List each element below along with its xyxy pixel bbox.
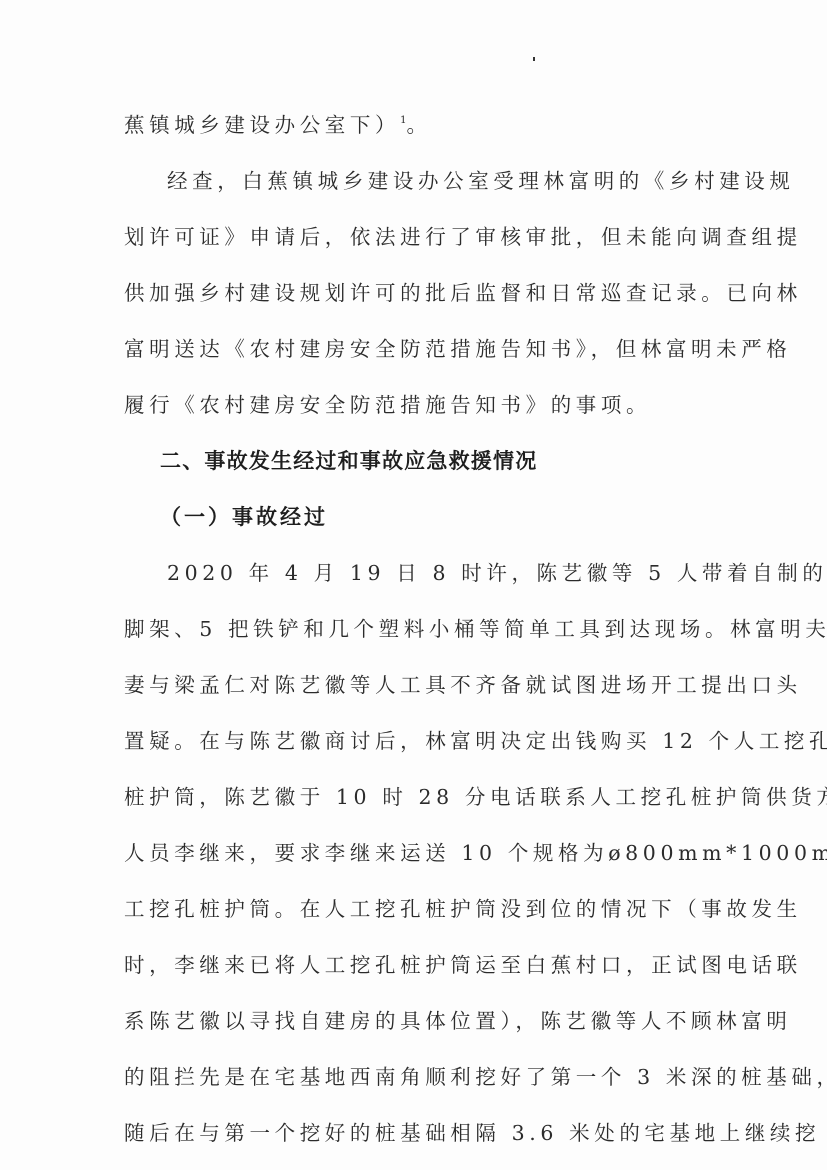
body-text: 。 [406,113,431,137]
body-line: 工挖孔桩护筒。在人工挖孔桩护筒没到位的情况下（事故发生 [124,895,704,923]
body-line: 的阻拦先是在宅基地西南角顺利挖好了第一个 3 米深的桩基础， [124,1063,704,1091]
body-line: 置疑。在与陈艺徽商讨后，林富明决定出钱购买 12 个人工挖孔 [124,727,704,755]
body-line: 供加强乡村建设规划许可的批后监督和日常巡查记录。已向林 [124,279,704,307]
body-line: 脚架、5 把铁铲和几个塑料小桶等简单工具到达现场。林富明夫 [124,615,704,643]
body-line: 系陈艺徽以寻找自建房的具体位置），陈艺徽等人不顾林富明 [124,1007,704,1035]
body-line: 随后在与第一个挖好的桩基础相隔 3.6 米处的宅基地上继续挖 [124,1119,704,1147]
body-text: 蕉镇城乡建设办公室下） [124,113,400,137]
body-line: 人员李继来，要求李继来运送 10 个规格为ø800mm*1000mm 的人 [124,839,704,867]
body-line: 时，李继来已将人工挖孔桩护筒运至白蕉村口，正试图电话联 [124,951,704,979]
body-line: 经查，白蕉镇城乡建设办公室受理林富明的《乡村建设规 [167,167,747,195]
body-line: 妻与梁孟仁对陈艺徽等人工具不齐备就试图进场开工提出口头 [124,671,704,699]
footnote-reference[interactable]: 1 [400,115,406,126]
body-line: 蕉镇城乡建设办公室下）1。 [124,111,704,139]
body-line: 富明送达《农村建房安全防范措施告知书》，但林富明未严格 [124,335,704,363]
body-line: 桩护筒，陈艺徽于 10 时 28 分电话联系人工挖孔桩护筒供货方 [124,783,704,811]
body-line: 划许可证》申请后，依法进行了审核审批，但未能向调查组提 [124,223,704,251]
body-line: 履行《农村建房安全防范措施告知书》的事项。 [124,391,704,419]
document-page: 蕉镇城乡建设办公室下）1。 经查，白蕉镇城乡建设办公室受理林富明的《乡村建设规 … [0,0,827,1170]
scan-speck [533,57,535,61]
body-line: 2020 年 4 月 19 日 8 时许，陈艺徽等 5 人带着自制的简易三 [167,559,747,587]
section-heading: 二、事故发生经过和事故应急救援情况 [160,447,537,475]
subsection-heading: （一）事故经过 [160,503,328,531]
